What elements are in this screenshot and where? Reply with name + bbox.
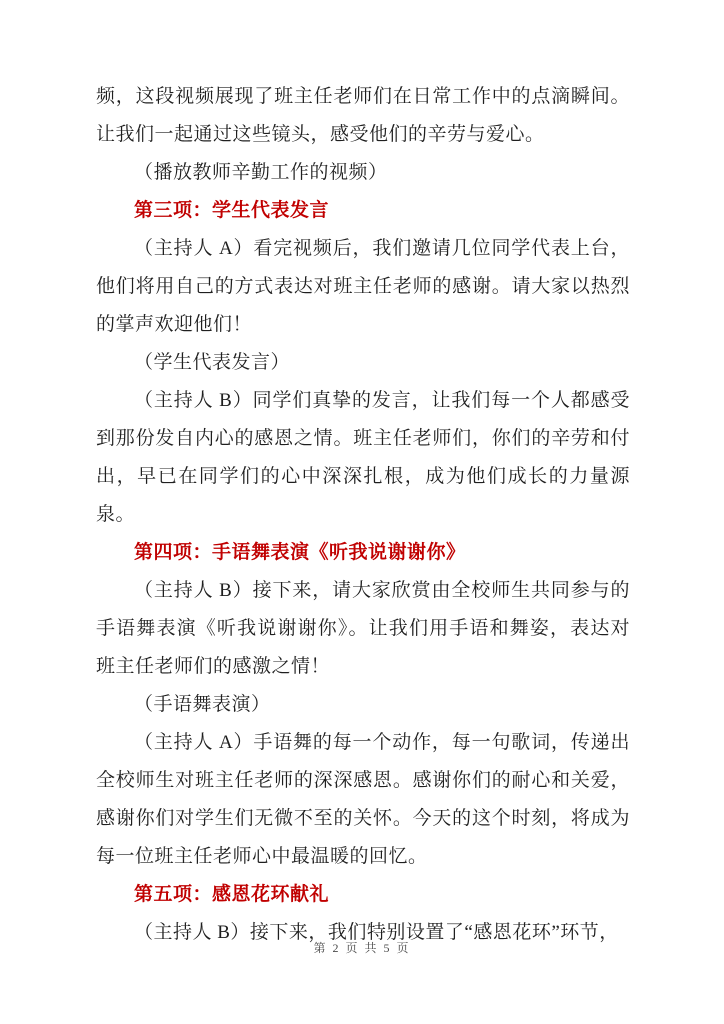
section-heading: 第四项：手语舞表演《听我说谢谢你》 (96, 534, 630, 572)
body-paragraph: （主持人 A）手语舞的每一个动作，每一句歌词，传递出全校师生对班主任老师的深深感… (96, 724, 630, 876)
body-paragraph: 频，这段视频展现了班主任老师们在日常工作中的点滴瞬间。让我们一起通过这些镜头，感… (96, 78, 630, 154)
body-paragraph: （手语舞表演） (96, 686, 630, 724)
section-heading: 第五项：感恩花环献礼 (96, 876, 630, 914)
document-page: 频，这段视频展现了班主任老师们在日常工作中的点滴瞬间。让我们一起通过这些镜头，感… (0, 0, 724, 1024)
body-paragraph: （主持人 A）看完视频后，我们邀请几位同学代表上台，他们将用自己的方式表达对班主… (96, 230, 630, 344)
body-paragraph: （播放教师辛勤工作的视频） (96, 154, 630, 192)
section-heading: 第三项：学生代表发言 (96, 192, 630, 230)
body-paragraph: （主持人 B）同学们真挚的发言，让我们每一个人都感受到那份发自内心的感恩之情。班… (96, 382, 630, 534)
body-paragraph: （学生代表发言） (96, 344, 630, 382)
body-paragraph: （主持人 B）接下来，请大家欣赏由全校师生共同参与的手语舞表演《听我说谢谢你》。… (96, 572, 630, 686)
document-body: 频，这段视频展现了班主任老师们在日常工作中的点滴瞬间。让我们一起通过这些镜头，感… (96, 78, 630, 952)
page-number-label: 第 2 页 共 5 页 (313, 941, 410, 955)
page-footer: 第 2 页 共 5 页 (0, 938, 724, 958)
